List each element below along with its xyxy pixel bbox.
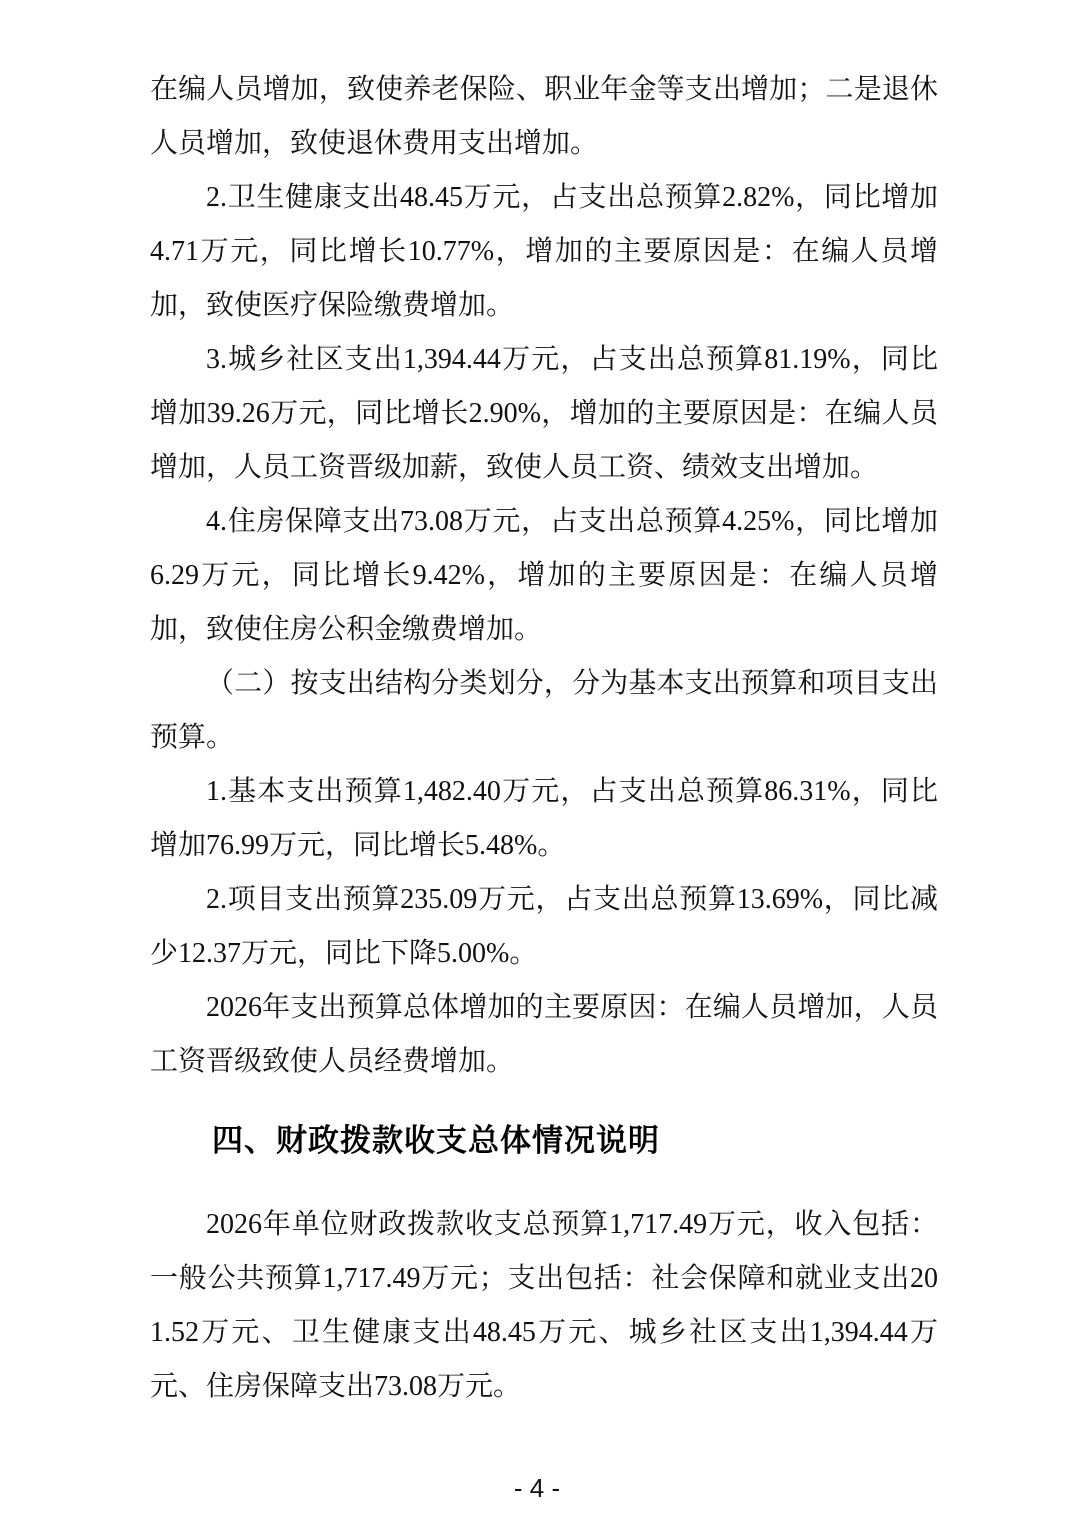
text-paragraph: 2026年支出预算总体增加的主要原因：在编人员增加，人员工资晋级致使人员经费增加… [150,981,938,1089]
text-paragraph: 在编人员增加，致使养老保险、职业年金等支出增加；二是退休人员增加，致使退休费用支… [150,63,938,171]
text-paragraph: 2026年单位财政拨款收支总预算1,717.49万元，收入包括：一般公共预算1,… [150,1198,938,1414]
document-body: 在编人员增加，致使养老保险、职业年金等支出增加；二是退休人员增加，致使退休费用支… [150,63,938,1414]
text-paragraph: 1.基本支出预算1,482.40万元，占支出总预算86.31%，同比增加76.9… [150,765,938,873]
text-paragraph: 4.住房保障支出73.08万元，占支出总预算4.25%，同比增加6.29万元，同… [150,495,938,657]
section-heading: 四、财政拨款收支总体情况说明 [150,1116,938,1166]
text-paragraph: 3.城乡社区支出1,394.44万元，占支出总预算81.19%，同比增加39.2… [150,333,938,495]
page-number: - 4 - [0,1473,1074,1504]
text-paragraph: 2.卫生健康支出48.45万元，占支出总预算2.82%，同比增加4.71万元，同… [150,171,938,333]
text-paragraph: （二）按支出结构分类划分，分为基本支出预算和项目支出预算。 [150,657,938,765]
text-paragraph: 2.项目支出预算235.09万元，占支出总预算13.69%，同比减少12.37万… [150,873,938,981]
document-page: 在编人员增加，致使养老保险、职业年金等支出增加；二是退休人员增加，致使退休费用支… [0,0,1074,1520]
